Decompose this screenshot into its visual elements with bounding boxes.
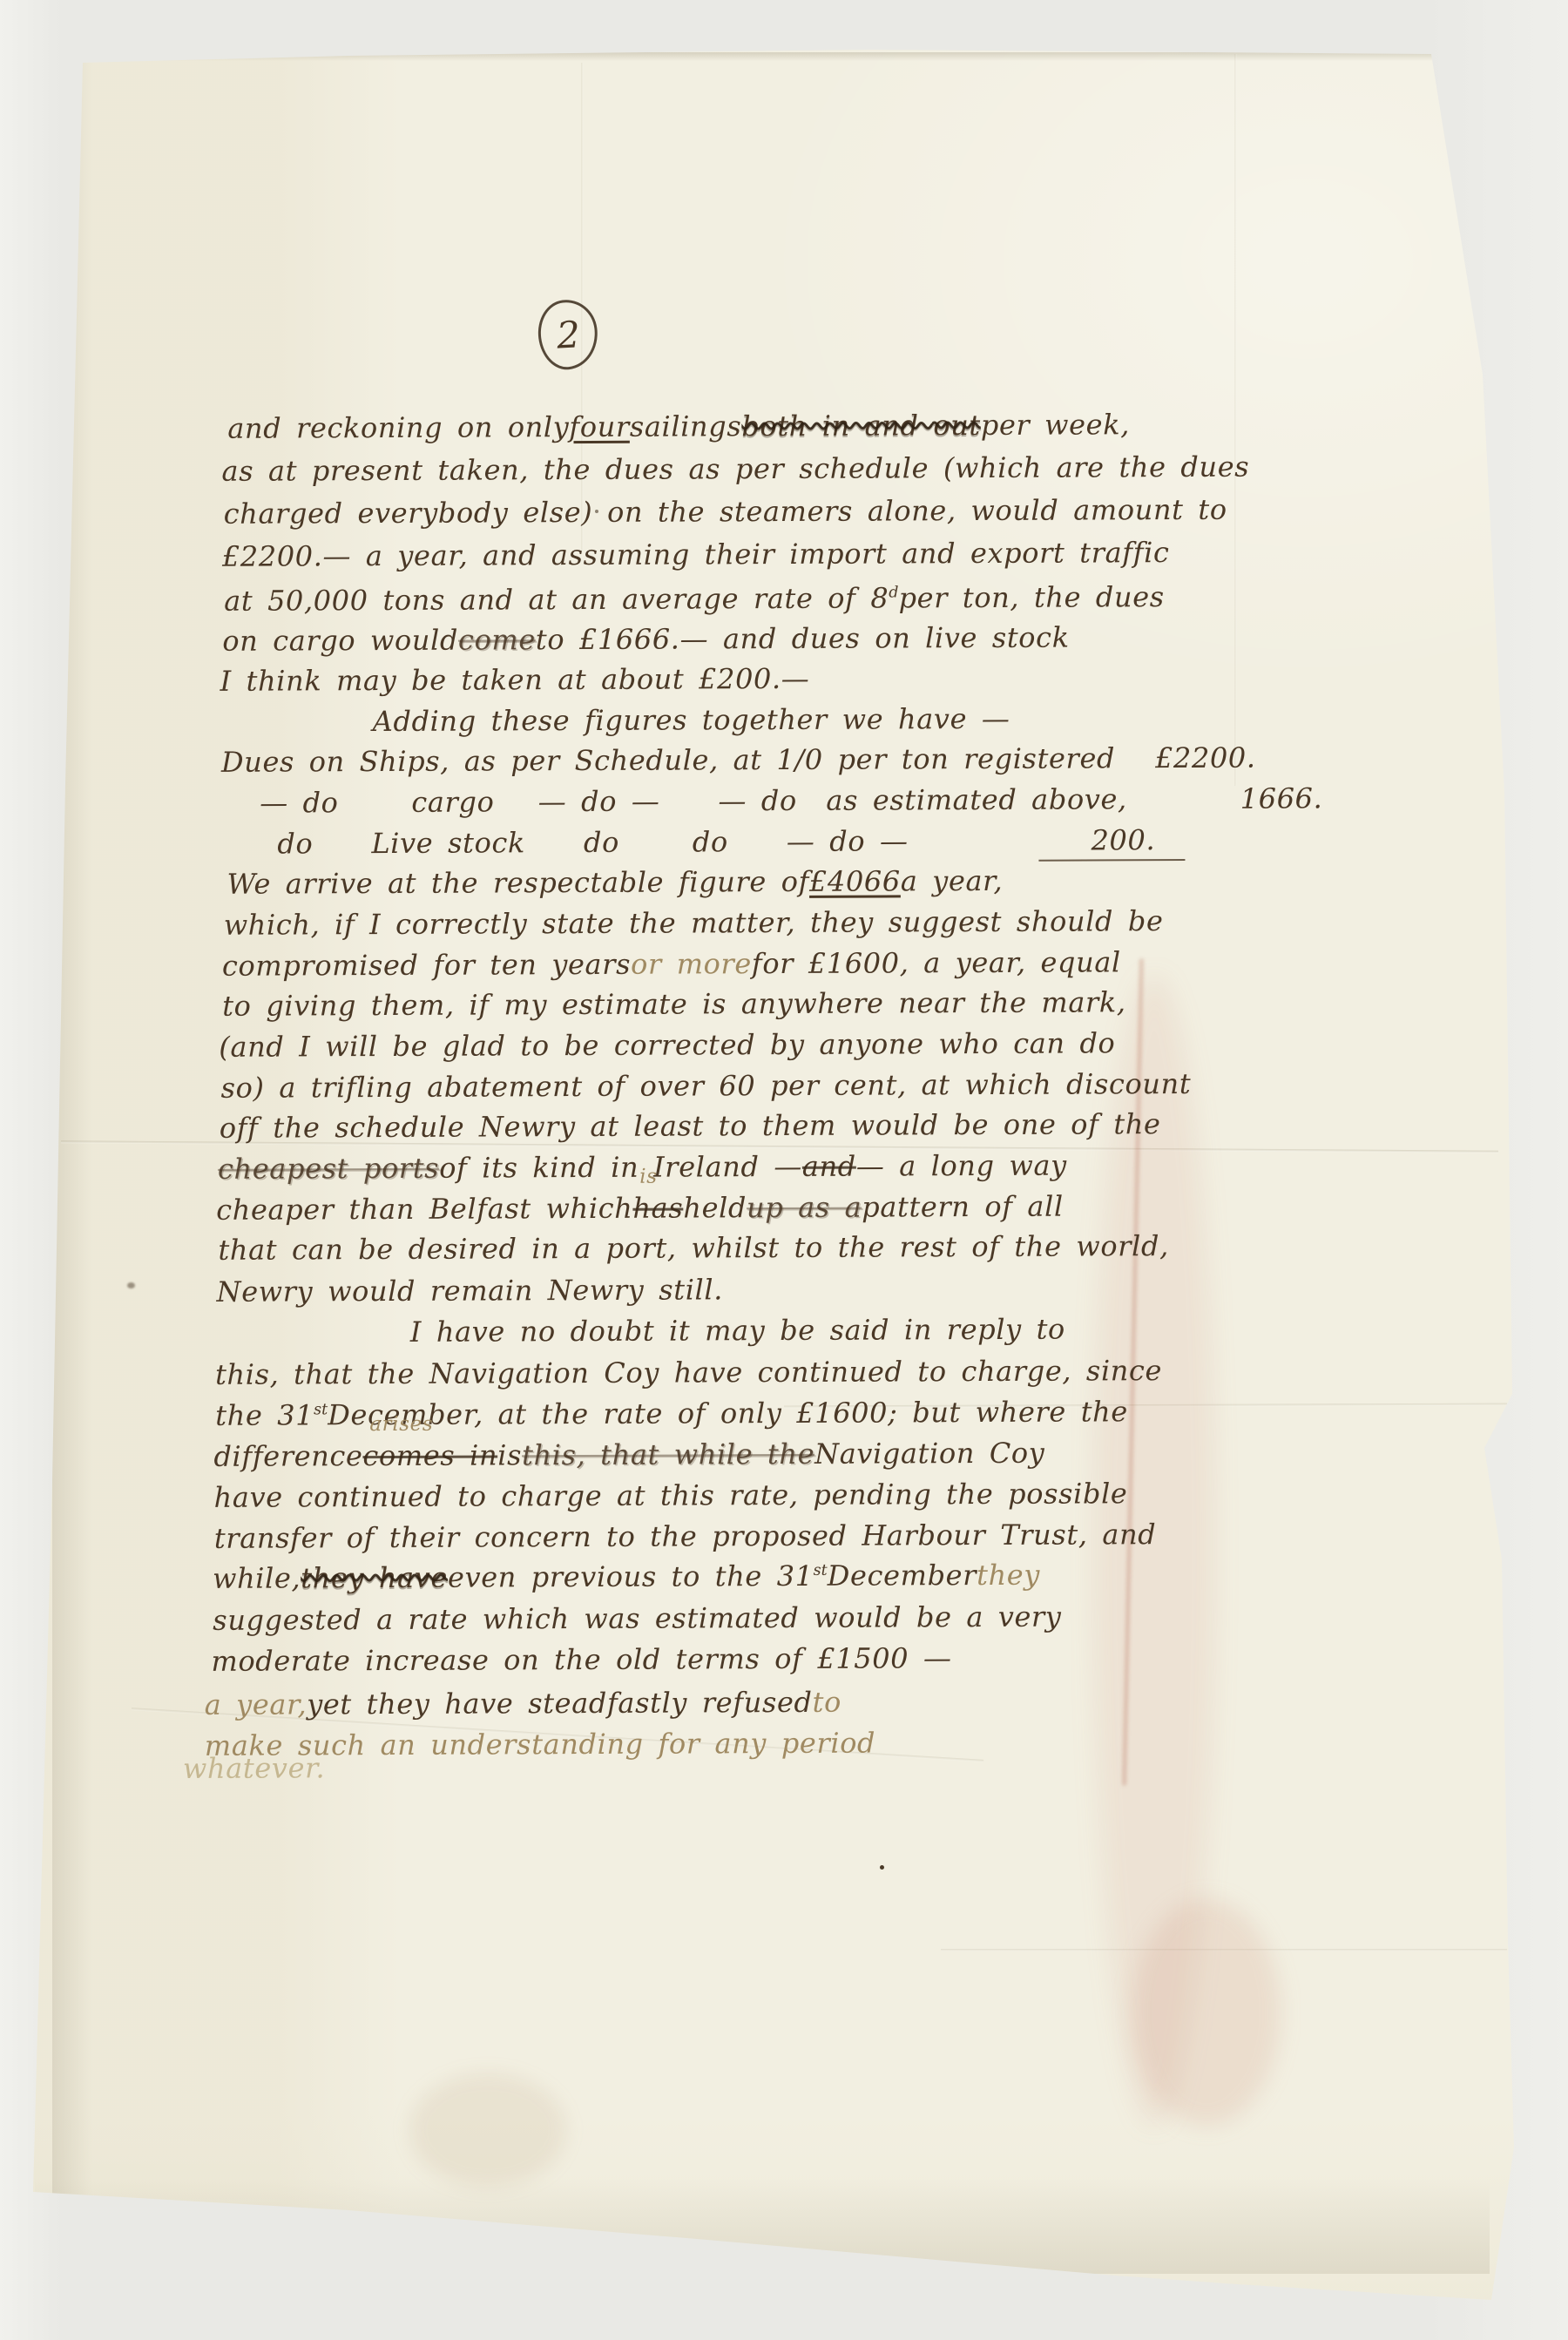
manuscript-line: I have no doubt it may be said in reply … [410, 1313, 1065, 1349]
text-segment: that can be desired in a port, whilst to… [218, 1229, 1169, 1267]
text-segment: do Live stock do do — do — [277, 824, 908, 860]
manuscript-line: moderate increase on the old terms of £1… [211, 1641, 951, 1678]
text-segment: at 50,000 tons and at an average rate of… [224, 581, 889, 617]
manuscript-line: and reckoning on only four sailings both… [227, 408, 1130, 445]
manuscript-line: as at present taken, the dues as per sch… [221, 450, 1249, 488]
manuscript-line: difference comes inarises is this, that … [213, 1437, 1044, 1473]
text-segment: and reckoning on only [227, 410, 569, 445]
text-segment: d [889, 585, 898, 602]
manuscript-line: which, if I correctly state the matter, … [224, 904, 1164, 942]
text-segment: they have [301, 1561, 448, 1595]
manuscript-line: — do cargo — do — — do as estimated abov… [260, 781, 1322, 819]
manuscript-line: that can be desired in a port, whilst to… [218, 1229, 1169, 1267]
manuscript-line: I think may be taken at about £200.— [220, 662, 809, 698]
text-segment: as at present taken, the dues as per sch… [221, 450, 1249, 488]
text-segment: off the schedule Newry at least to them … [220, 1107, 1161, 1145]
manuscript-line: £2200.— a year, and assuming their impor… [222, 536, 1170, 573]
text-segment: (and I will be glad to be corrected by a… [219, 1026, 1115, 1063]
text-segment: or more [631, 947, 752, 981]
manuscript-line: whatever. [183, 1751, 325, 1785]
letter-paper-sheet: 2 and reckoning on only four sailings bo… [0, 0, 1568, 2340]
text-segment: I have no doubt it may be said in reply … [410, 1313, 1065, 1349]
text-segment: I think may be taken at about £200.— [220, 662, 809, 698]
text-segment: suggested a rate which was estimated wou… [213, 1600, 1061, 1637]
interlinear-insertion: is [639, 1166, 657, 1188]
text-segment: to [812, 1686, 841, 1719]
text-segment: comes in [362, 1438, 497, 1472]
text-segment: £2200.— a year, and assuming their impor… [222, 536, 1170, 573]
manuscript-line: (and I will be glad to be corrected by a… [219, 1026, 1115, 1063]
manuscript-line: on cargo would come to £1666.— and dues … [222, 621, 1069, 658]
text-segment: has [632, 1192, 683, 1225]
text-segment: four [569, 410, 630, 443]
text-segment: this, that the Navigation Coy have conti… [215, 1354, 1162, 1391]
text-segment: — do cargo — do — — do as estimated abov… [260, 782, 1127, 819]
manuscript-line: charged everybody else) on the steamers … [224, 493, 1227, 531]
text-segment: come [458, 623, 536, 656]
manuscript-line: so) a trifling abatement of over 60 per … [221, 1067, 1192, 1105]
text-segment: transfer of their concern to the propose… [214, 1518, 1157, 1555]
text-segment: which, if I correctly state the matter, … [224, 904, 1164, 942]
manuscript-line: Dues on Ships, as per Schedule, at 1/0 p… [221, 741, 1256, 779]
text-segment: Dues on Ships, as per Schedule, at 1/0 p… [221, 741, 1115, 778]
text-segment: on cargo would [222, 624, 458, 658]
manuscript-line: compromised for ten years or more for £1… [222, 945, 1121, 983]
text-segment: £4066 [809, 864, 901, 897]
text-segment: to £1666.— and dues on live stock [536, 621, 1070, 657]
text-segment: whatever. [183, 1751, 325, 1785]
text-segment: compromised for ten years [222, 948, 631, 983]
text-segment: cheaper than Belfast which [216, 1192, 632, 1227]
manuscript-line: to giving them, if my estimate is anywhe… [222, 985, 1126, 1023]
text-segment: for £1600, a year, equal [752, 945, 1121, 980]
manuscript-body: and reckoning on only four sailings both… [0, 0, 1568, 2340]
text-segment: while, [213, 1561, 301, 1594]
manuscript-line: the 31st December, at the rate of only £… [215, 1395, 1128, 1432]
text-segment: £2200. [1155, 741, 1256, 775]
text-segment: Adding these figures together we have — [373, 702, 1010, 738]
text-segment: of its kind in Ireland — [439, 1150, 802, 1185]
text-segment: this, that while the [522, 1437, 814, 1471]
manuscript-line: have continued to charge at this rate, p… [214, 1477, 1128, 1514]
text-segment: have continued to charge at this rate, p… [214, 1477, 1128, 1514]
manuscript-line: while, they have even previous to the 31… [213, 1559, 1040, 1595]
text-segment: per ton, the dues [898, 580, 1164, 614]
text-segment: both in and out [741, 409, 981, 443]
text-segment: st [814, 1562, 828, 1579]
corrected-text: comes inarises [362, 1438, 497, 1472]
text-segment: sailings [630, 409, 742, 443]
text-segment: and [802, 1150, 856, 1183]
text-segment: the 31 [215, 1398, 314, 1431]
text-segment: We arrive at the respectable figure of [226, 865, 809, 901]
text-segment: up as a [747, 1191, 862, 1225]
text-segment: — a long way [856, 1149, 1067, 1183]
text-segment: December, at the rate of only £1600; but… [328, 1395, 1128, 1431]
manuscript-line: off the schedule Newry at least to them … [220, 1107, 1161, 1145]
manuscript-line: Adding these figures together we have — [373, 702, 1010, 738]
text-segment: Navigation Coy [814, 1437, 1044, 1471]
text-segment: st [314, 1402, 328, 1419]
text-segment: even previous to the 31 [448, 1559, 814, 1594]
manuscript-line: do Live stock do do — do —200. [277, 823, 1185, 865]
text-segment: moderate increase on the old terms of £1… [211, 1641, 951, 1678]
corrected-text: hasis [632, 1192, 683, 1225]
manuscript-line: We arrive at the respectable figure of £… [226, 864, 1003, 901]
manuscript-line: this, that the Navigation Coy have conti… [215, 1354, 1162, 1391]
text-segment: 1666. [1240, 781, 1323, 815]
manuscript-line: cheaper than Belfast which hasis held up… [216, 1190, 1064, 1227]
manuscript-line: suggested a rate which was estimated wou… [213, 1600, 1061, 1637]
manuscript-line: transfer of their concern to the propose… [214, 1518, 1157, 1555]
text-segment: charged everybody else) on the steamers … [224, 493, 1227, 531]
text-segment: Newry would remain Newry still. [217, 1273, 724, 1309]
text-segment: 200. [1038, 823, 1185, 862]
text-segment: is [497, 1438, 522, 1471]
text-segment: so) a trifling abatement of over 60 per … [221, 1067, 1192, 1105]
text-segment: yet they have steadfastly refused [307, 1686, 813, 1721]
manuscript-line: at 50,000 tons and at an average rate of… [224, 580, 1165, 618]
text-segment: held [683, 1191, 747, 1224]
manuscript-line: a year, yet they have steadfastly refuse… [205, 1686, 841, 1721]
manuscript-line: Newry would remain Newry still. [217, 1273, 724, 1309]
text-segment: cheapest ports [218, 1152, 439, 1186]
text-segment: a year, [205, 1687, 308, 1721]
text-segment: a year, [901, 864, 1004, 898]
text-segment: pattern of all [862, 1190, 1064, 1224]
text-segment: they [977, 1559, 1040, 1592]
text-segment: December [828, 1559, 977, 1593]
text-segment: to giving them, if my estimate is anywhe… [222, 985, 1126, 1023]
scanned-letter-photo: { "document": { "page_number": "2" }, "c… [0, 0, 1568, 2340]
text-segment: per week, [981, 408, 1130, 442]
interlinear-insertion: arises [369, 1413, 433, 1436]
text-segment: difference [213, 1439, 362, 1473]
